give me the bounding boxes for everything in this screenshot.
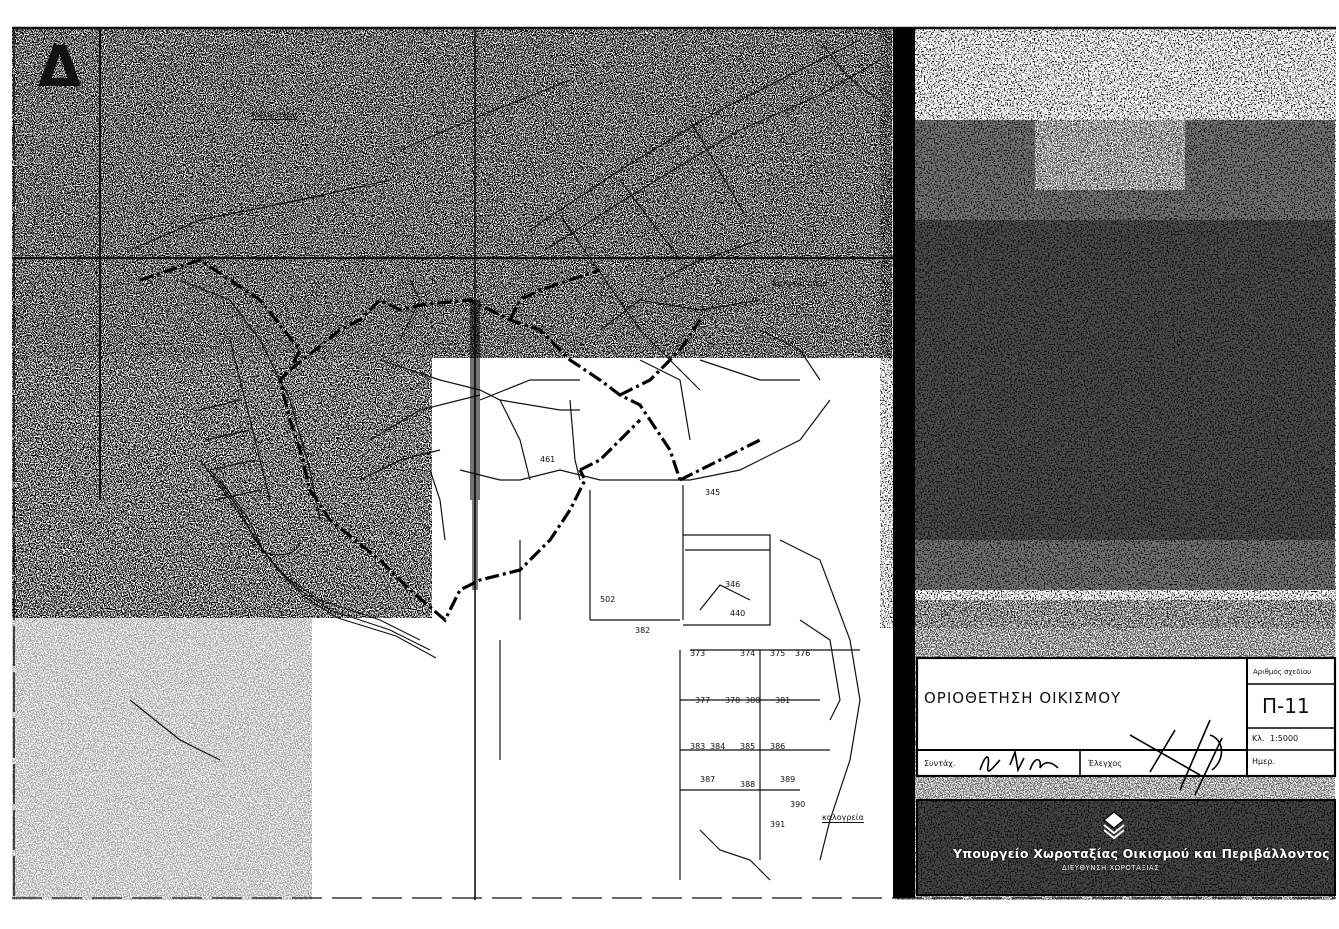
parcel-number: 385 (740, 742, 755, 751)
drawing-number: Π-11 (1262, 694, 1310, 718)
ministry-department: ΔΙΕΥΘΥΝΣΗ ΧΩΡΟΤΑΞΙΑΣ (1062, 864, 1159, 872)
ministry-name: Υπουργείο Χωροταξίας Οικισμού και Περιβά… (953, 846, 1330, 861)
sheet-letter: Δ (38, 40, 81, 96)
parcel-number: 386 (770, 742, 785, 751)
parcel-number: 461 (540, 455, 555, 464)
parcel-number: 373 (690, 649, 705, 658)
compiled-by-label: Συντάχ. (924, 759, 955, 768)
scale-value: 1:5000 (1270, 734, 1298, 743)
parcel-number: 387 (700, 775, 715, 784)
parcel-number: 378 (725, 696, 740, 705)
parcel-number: 440 (730, 609, 745, 618)
cadastral-map (0, 0, 1339, 929)
parcel-number: 377 (695, 696, 710, 705)
parcel-number: 384 (710, 742, 725, 751)
parcel-number: 389 (780, 775, 795, 784)
parcel-number: 376 (795, 649, 810, 658)
parcel-number: 374 (740, 649, 755, 658)
place-label-bottom-right: καλογρεία (822, 813, 864, 823)
parcel-number: 380 (745, 696, 760, 705)
parcel-number: 502 (600, 595, 615, 604)
parcel-number: 345 (705, 488, 720, 497)
place-label-right: Καλοταϊ ρέμα (772, 279, 827, 288)
parcel-number: 391 (770, 820, 785, 829)
parcel-number: 375 (770, 649, 785, 658)
parcel-number: 381 (775, 696, 790, 705)
place-label-top-left: Κάτω άγρα (252, 110, 297, 120)
checked-by-label: Έλεγχος (1088, 759, 1122, 768)
drawing-title: ΟΡΙΟΘΕΤΗΣΗ ΟΙΚΙΣΜΟΥ (924, 689, 1121, 707)
parcel-number: 388 (740, 780, 755, 789)
parcel-number: 390 (790, 800, 805, 809)
parcel-number: 383 (690, 742, 705, 751)
scale-label: Κλ. (1252, 734, 1265, 743)
map-sheet: Δ Κάτω άγρα Καλοταϊ ρέμα καλογρεία 345 3… (0, 0, 1339, 929)
date-label: Ημερ. (1252, 757, 1275, 766)
parcel-number: 382 (635, 626, 650, 635)
drawing-number-label: Αριθμός σχεδίου (1253, 668, 1311, 676)
parcel-number: 346 (725, 580, 740, 589)
ink-smudges (470, 300, 480, 590)
